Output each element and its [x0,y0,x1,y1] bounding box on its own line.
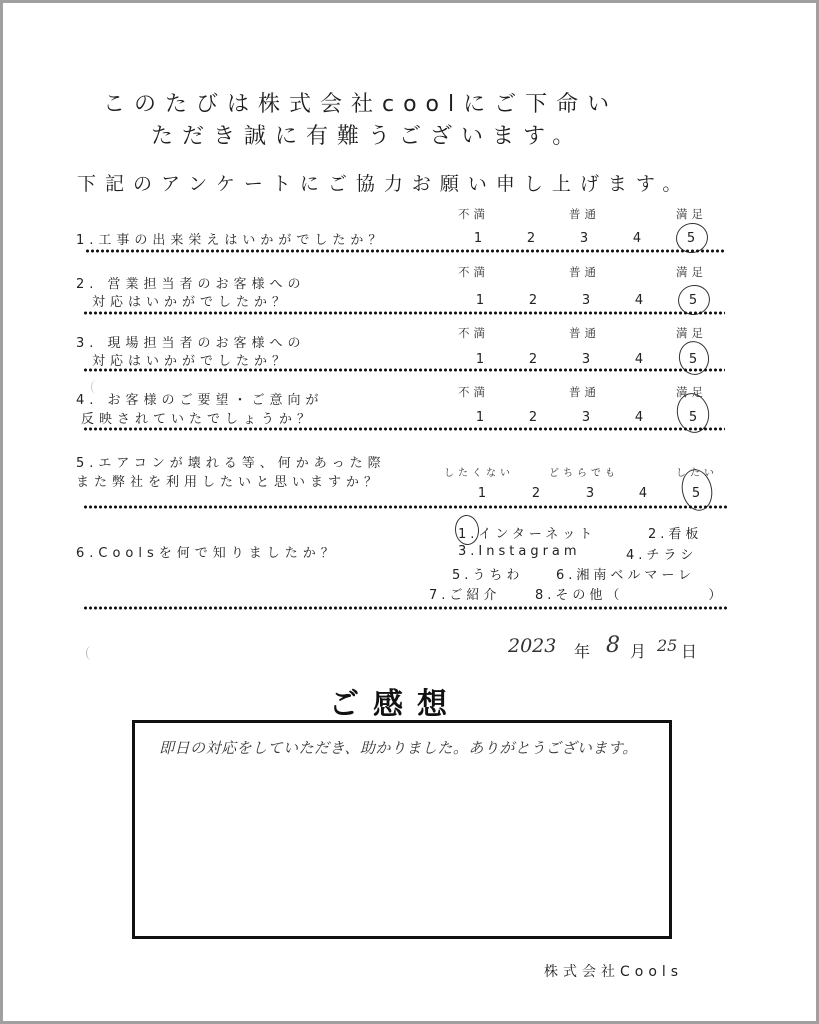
scale-high-label: 満足 [676,264,707,280]
date-month[interactable]: 8 [606,633,620,658]
scale-mid-label: 普通 [569,325,600,341]
scale-mid-label: 普通 [569,206,600,222]
rating-option-2[interactable]: 2 [523,293,543,308]
rating-option-3[interactable]: 3 [576,293,596,308]
scale-mid-label: 普通 [569,384,600,400]
rating-option-2[interactable]: 2 [523,410,543,425]
company-name: 株式会社Cools [544,961,683,981]
question-text: 6.Coolsを何で知りましたか？ [76,544,339,564]
rating-option-4[interactable]: 4 [633,486,653,501]
question-text-line-1: 3. 現場担当者のお客様への [76,334,306,354]
stray-mark [91,380,102,394]
option-shonan-bellmare[interactable]: 6.湘南ベルマーレ [556,564,695,583]
question-text-line-2: 対応はいかがでしたか？ [92,293,290,313]
title-line-1: このたびは株式会社coolにご下命い [103,87,618,118]
survey-subtitle: 下記のアンケートにご協力お願い申し上げます。 [77,169,690,196]
comments-text: 即日の対応をしていただき、助かりました。ありがとうございます。 [159,737,638,758]
comments-box[interactable]: 即日の対応をしていただき、助かりました。ありがとうございます。 [132,720,672,939]
dotted-divider [83,505,728,509]
option-referral[interactable]: 7.ご紹介 [429,584,500,603]
scale-high-label: 満足 [676,325,707,341]
scale-low-label: 不満 [458,325,489,341]
rating-option-4[interactable]: 4 [629,293,649,308]
rating-option-1[interactable]: 1 [470,352,490,367]
dotted-divider [83,311,725,315]
date-day-unit: 日 [681,639,697,662]
rating-option-1[interactable]: 1 [468,231,488,246]
rating-option-3[interactable]: 3 [580,486,600,501]
dotted-divider [83,368,725,372]
scale-low-label: 不満 [458,206,489,222]
rating-option-2[interactable]: 2 [521,231,541,246]
rating-option-3[interactable]: 3 [574,231,594,246]
scale-mid-label: 普通 [569,264,600,280]
rating-option-3[interactable]: 3 [576,410,596,425]
question-text-line-1: 2. 営業担当者のお客様への [76,275,306,295]
rating-option-1[interactable]: 1 [470,410,490,425]
rating-option-1[interactable]: 1 [470,293,490,308]
rating-option-2[interactable]: 2 [523,352,543,367]
dotted-divider [83,606,728,610]
scale-mid-label: どちらでも [549,464,619,479]
rating-option-3[interactable]: 3 [576,352,596,367]
title-line-2: ただき誠に有難うございます。 [151,119,583,150]
date-year-unit: 年 [574,639,590,662]
scale-low-label: 不満 [458,384,489,400]
rating-option-4[interactable]: 4 [627,231,647,246]
dotted-divider [83,427,725,431]
question-text-line-1: 5.エアコンが壊れる等、何かあった際 [76,454,386,474]
option-flyer[interactable]: 4.チラシ [626,544,697,563]
option-other[interactable]: 8.その他（ ） [535,584,725,603]
question-text-line-2: また弊社を利用したいと思いますか？ [76,473,382,493]
stray-mark [86,646,97,660]
comments-heading: ご感想 [329,679,461,723]
question-text: 1.工事の出来栄えはいかがでしたか？ [76,231,386,251]
rating-option-2[interactable]: 2 [526,486,546,501]
option-instagram[interactable]: 3.Instagram [458,544,581,559]
option-signboard[interactable]: 2.看板 [648,523,702,542]
scale-low-label: したくない [444,464,514,479]
date-day[interactable]: 25 [657,636,677,655]
rating-option-1[interactable]: 1 [472,486,492,501]
date-year[interactable]: 2023 [508,635,556,657]
scale-high-label: 満足 [676,206,707,222]
scale-low-label: 不満 [458,264,489,280]
question-text-line-1: 4. お客様のご要望・ご意向が [76,391,324,411]
rating-option-4[interactable]: 4 [629,352,649,367]
rating-option-4[interactable]: 4 [629,410,649,425]
date-month-unit: 月 [630,639,646,662]
survey-page: このたびは株式会社coolにご下命い ただき誠に有難うございます。 下記のアンケ… [3,3,816,1021]
option-uchiwa[interactable]: 5.うちわ [452,564,523,583]
dotted-divider [85,249,725,253]
